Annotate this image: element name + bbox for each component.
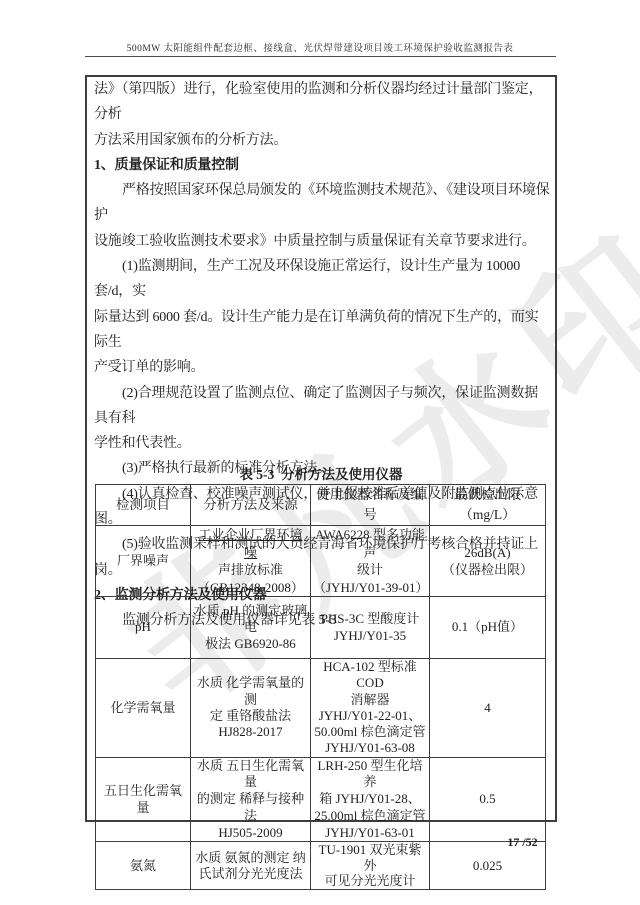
document-header-title: 500MW 太阳能组件配套边框、接线盒、光伏焊带建设项目竣工环境保护验收监测报告… <box>0 40 640 54</box>
section-heading-1: 1、质量保证和质量控制 <box>94 153 550 178</box>
cell-limit: 0.1（pH值） <box>430 597 546 659</box>
body-line: (1)监测期间，生产工况及环保设施正常运行，设计生产量为 10000 套/d，实 <box>94 254 550 305</box>
col-header-limit: 最低检出限（mg/L） <box>430 485 546 526</box>
body-line: 严格按照国家环保总局颁发的《环境监测技术规范》、《建设项目环境保护 <box>94 178 550 229</box>
cell-item: pH <box>96 597 191 659</box>
table-row: 厂界噪声 工业企业厂界环境噪 声排放标准 （GB12348-2008） AWA6… <box>96 526 546 597</box>
table-row: 五日生化需氧量 水质 五日生化需氧量 的测定 稀释与接种法 HJ505-2009… <box>96 757 546 842</box>
col-header-method: 分析方法及来源 <box>191 485 311 526</box>
cell-method: 水质 五日生化需氧量 的测定 稀释与接种法 HJ505-2009 <box>191 757 311 842</box>
body-line: (2)合理规范设置了监测点位、确定了监测因子与频次，保证监测数据具有科 <box>94 381 550 432</box>
body-line: 方法采用国家颁布的分析方法。 <box>94 128 550 153</box>
page-current: 17 <box>507 835 519 849</box>
cell-method: 水质 pH 的测定玻璃电 极法 GB6920-86 <box>191 597 311 659</box>
cell-instrument: PHS-3C 型酸度计 JYHJ/Y01-35 <box>311 597 430 659</box>
content-box: 法》（第四版）进行，化验室使用的监测和分析仪器均经过计量部门鉴定，分析 方法采用… <box>85 75 557 822</box>
cell-instrument: LRH-250 型生化培养 箱 JYHJ/Y01-28、 25.00ml 棕色滴… <box>311 757 430 842</box>
cell-item: 五日生化需氧量 <box>96 757 191 842</box>
page-number: 17/52 <box>475 835 570 850</box>
body-line: 法》（第四版）进行，化验室使用的监测和分析仪器均经过计量部门鉴定，分析 <box>94 77 550 128</box>
cell-method: 水质 氨氮的测定 纳 氏试剂分光光度法 <box>191 842 311 890</box>
cell-item: 化学需氧量 <box>96 659 191 758</box>
cell-item: 氨氮 <box>96 842 191 890</box>
table-row: 化学需氧量 水质 化学需氧量的测 定 重铬酸盐法 HJ828-2017 HCA-… <box>96 659 546 758</box>
analysis-methods-table: 检测项目 分析方法及来源 使用仪器名称及编号 最低检出限（mg/L） 厂界噪声 … <box>95 484 546 890</box>
header-divider <box>85 56 556 57</box>
body-line: 际量达到 6000 套/d。设计生产能力是在订单满负荷的情况下生产的，而实际生 <box>94 305 550 356</box>
body-line: 设施竣工验收监测技术要求》中质量控制与质量保证有关章节要求进行。 <box>94 229 550 254</box>
cell-limit: 4 <box>430 659 546 758</box>
body-line: 产受订单的影响。 <box>94 355 550 380</box>
table-row: pH 水质 pH 的测定玻璃电 极法 GB6920-86 PHS-3C 型酸度计… <box>96 597 546 659</box>
cell-instrument: HCA-102 型标准 COD 消解器 JYHJ/Y01-22-01、 50.0… <box>311 659 430 758</box>
cell-item: 厂界噪声 <box>96 526 191 597</box>
cell-instrument: AWA6228 型多功能声 级计 （JYHJ/Y01-39-01） <box>311 526 430 597</box>
col-header-item: 检测项目 <box>96 485 191 526</box>
page-total: /52 <box>522 835 537 849</box>
cell-method-rest: 声排放标准 （GB12348-2008） <box>197 562 304 595</box>
cell-method: 水质 化学需氧量的测 定 重铬酸盐法 HJ828-2017 <box>191 659 311 758</box>
col-header-instrument: 使用仪器名称及编号 <box>311 485 430 526</box>
cell-method-underlined: 工业企业厂界环境噪 <box>198 527 302 560</box>
document-page: 500MW 太阳能组件配套边框、接线盒、光伏焊带建设项目竣工环境保护验收监测报告… <box>0 0 640 905</box>
cell-instrument: TU-1901 双光束紫外 可见分光光度计 <box>311 842 430 890</box>
table-header-row: 检测项目 分析方法及来源 使用仪器名称及编号 最低检出限（mg/L） <box>96 485 546 526</box>
table-caption: 表 5-3 分析方法及使用仪器 <box>87 463 555 483</box>
cell-limit: 26dB(A) （仪器检出限） <box>430 526 546 597</box>
cell-limit: 0.5 <box>430 757 546 842</box>
body-line: 学性和代表性。 <box>94 431 550 456</box>
cell-method: 工业企业厂界环境噪 声排放标准 （GB12348-2008） <box>191 526 311 597</box>
